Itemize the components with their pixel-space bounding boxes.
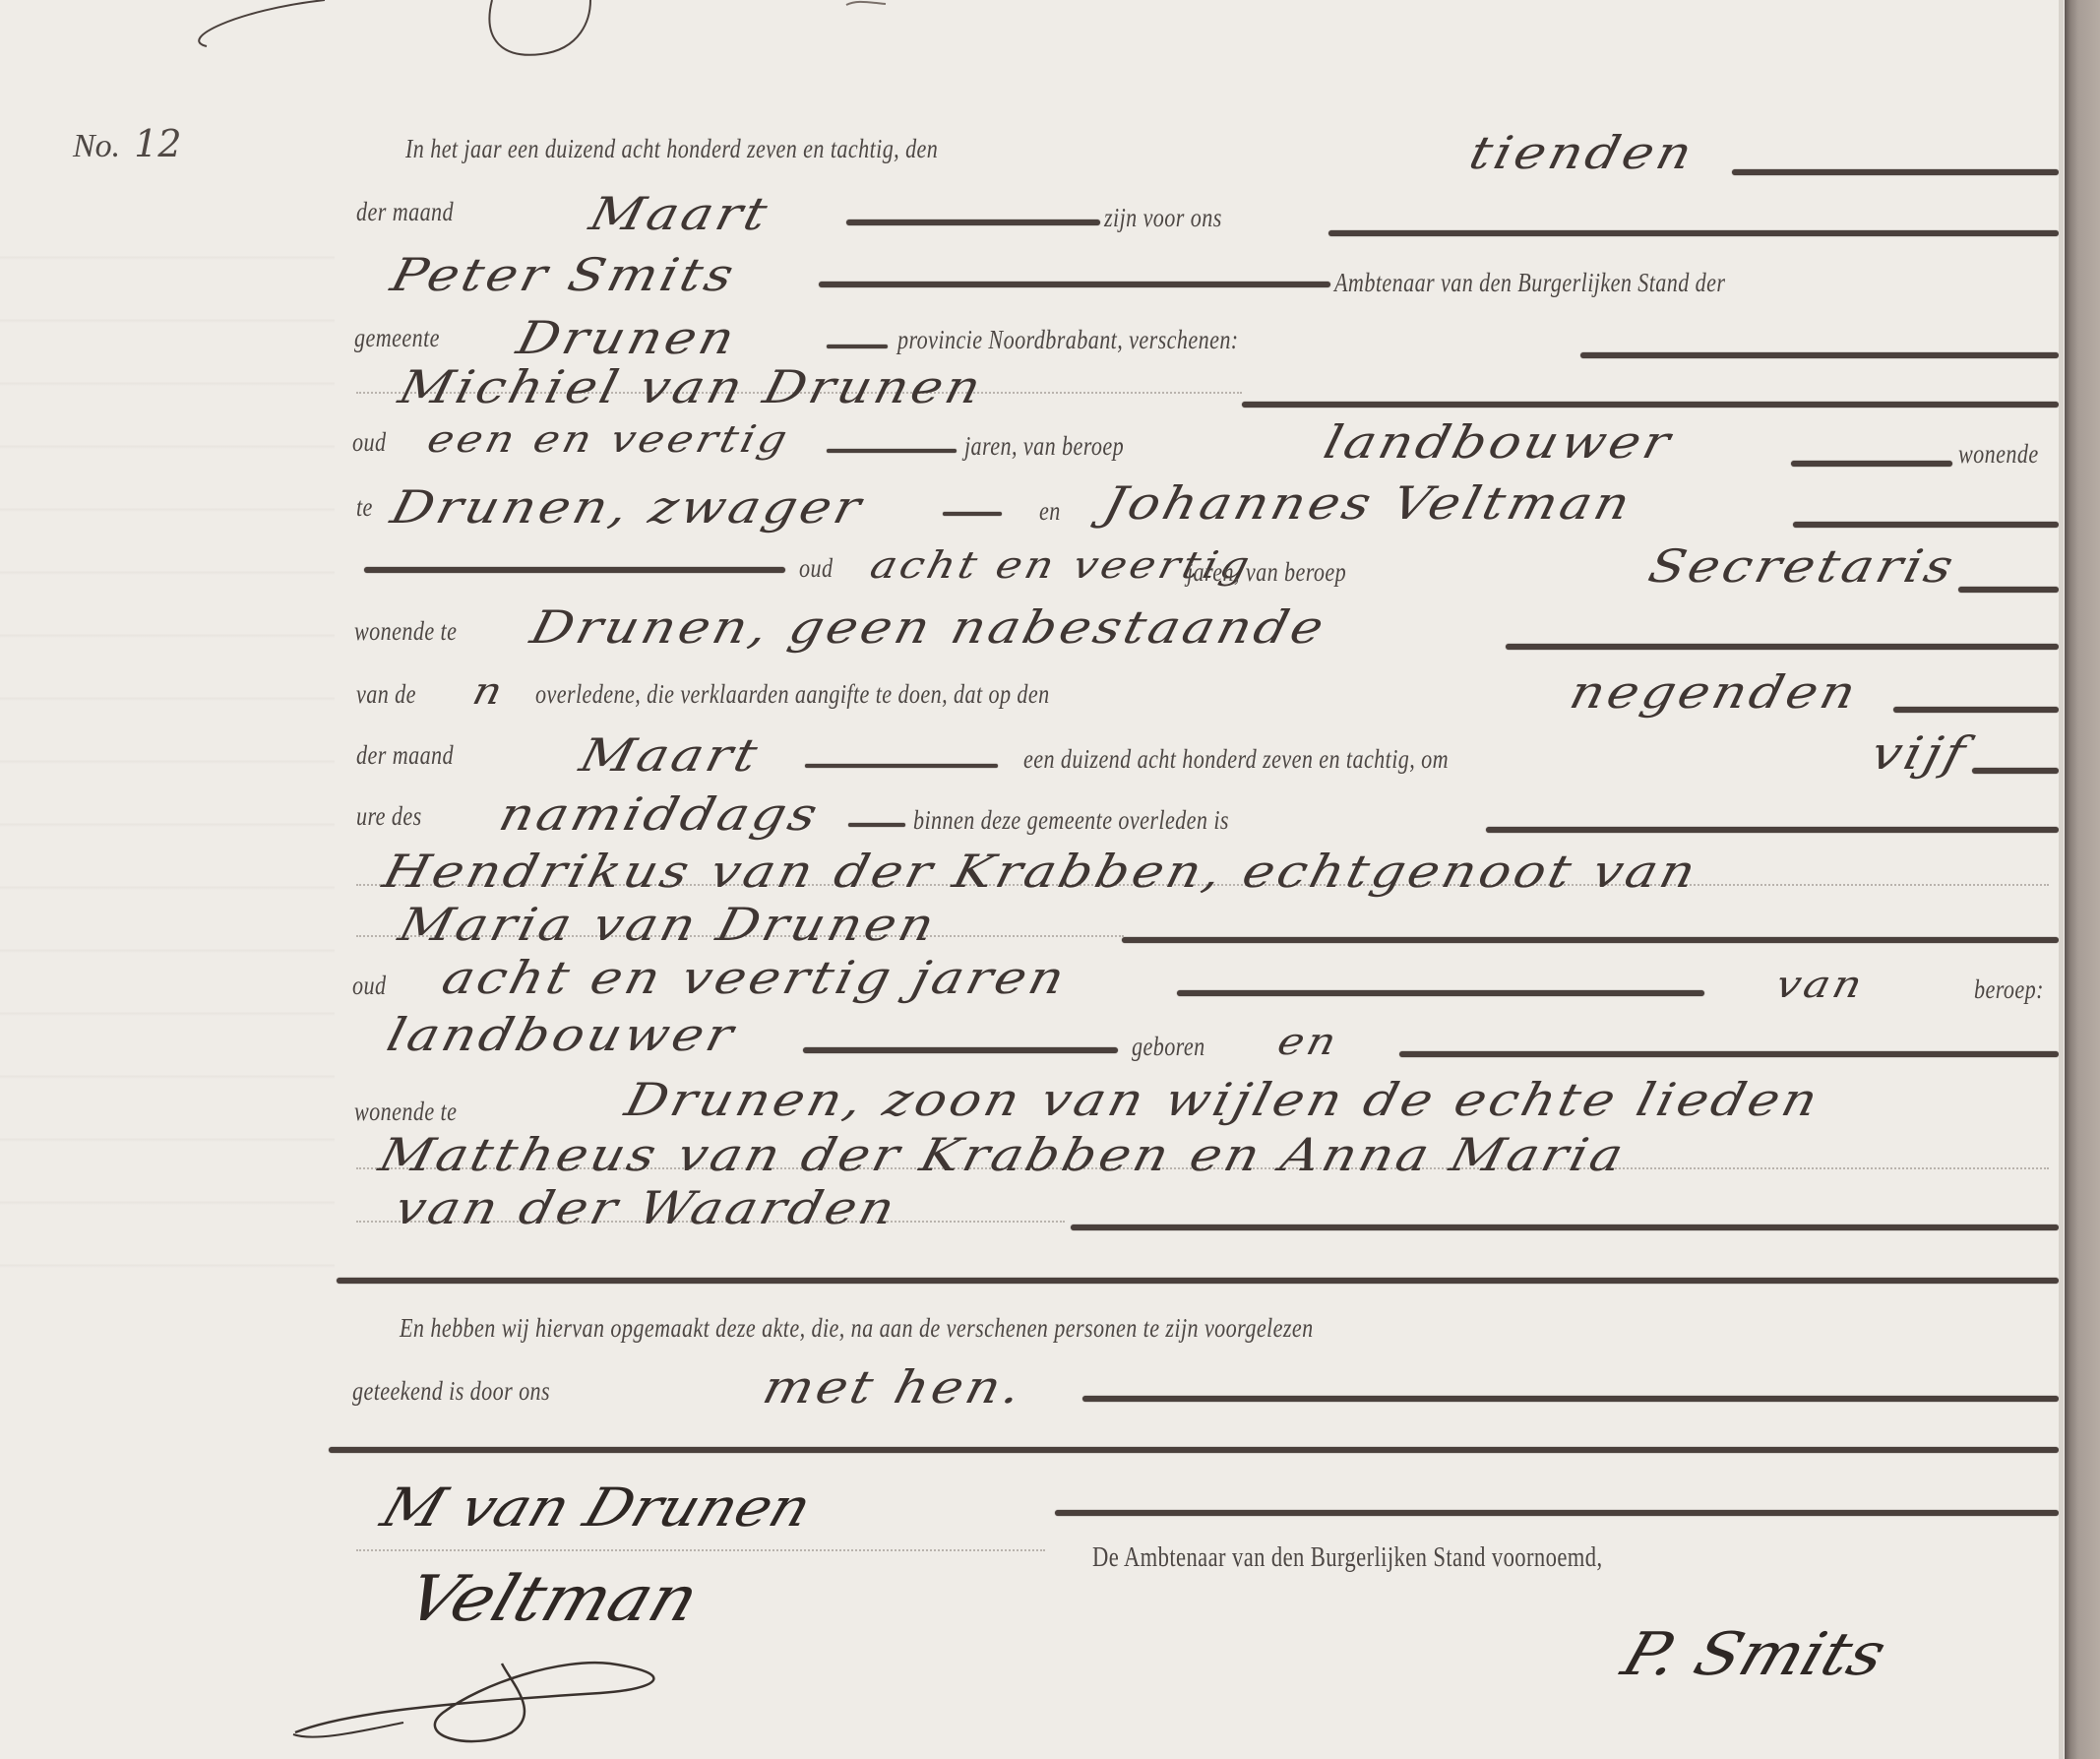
line-5-declarant-1-name: Michiel van Drunen [394, 360, 990, 413]
line-15-printed-a: oud [352, 971, 386, 1001]
line-2-rule-a [846, 220, 1100, 225]
line-12-printed-a: ure des [356, 801, 422, 832]
line-7-residence-relation: Drunen, zwager [386, 480, 870, 534]
line-9-rule [1506, 644, 2059, 650]
line-17-printed: wonende te [354, 1097, 457, 1127]
line-10-printed-a: van de [356, 679, 416, 710]
closing-text-line-2: geteekend is door ons [352, 1376, 550, 1407]
closing-text-line-1: En hebben wij hiervan opgemaakt deze akt… [400, 1313, 1314, 1344]
line-11-rule-a [805, 764, 998, 768]
line-6-printed-c: wonende [1958, 439, 2039, 470]
line-12-rule-a [848, 823, 905, 827]
line-19-mother-surname: van der Waarden [390, 1181, 903, 1234]
closing-rule-1 [1082, 1396, 2059, 1402]
previous-signature-flourish-fragment [177, 0, 1063, 69]
line-14-rule [1122, 937, 2059, 943]
line-10-rule [1893, 707, 2059, 713]
line-16-rule-a [803, 1047, 1118, 1053]
line-4-rule-b [1580, 352, 2059, 358]
line-15-deceased-age: acht en veertig jaren [437, 951, 1073, 1004]
line-8-printed-a: oud [799, 553, 833, 584]
line-6-rule-b [1791, 461, 1952, 467]
line-2-printed-b: zijn voor ons [1104, 203, 1222, 233]
line-11-death-hour: vijf [1866, 726, 1974, 780]
certificate-page: No.12 In het jaar een duizend acht honde… [0, 0, 2065, 1759]
line-11-rule-b [1972, 768, 2059, 774]
line-6-declarant-1-age: een en veertig [423, 417, 795, 461]
line-15-printed-b: beroep: [1974, 974, 2044, 1005]
line-6-printed-b: jaren, van beroep [964, 431, 1124, 462]
signature-rule-2 [1055, 1510, 2059, 1516]
line-2-month: Maart [585, 187, 775, 240]
line-12-printed-b: binnen deze gemeente overleden is [913, 805, 1229, 836]
line-6-printed-a: oud [352, 427, 386, 458]
line-8-declarant-2-occupation: Secretaris [1643, 539, 1962, 593]
line-7-declarant-2-name: Johannes Veltman [1098, 476, 1638, 530]
signature-rule-1 [329, 1447, 2059, 1453]
line-6-rule-a [827, 449, 957, 453]
record-number: No.12 [73, 122, 182, 165]
line-16-deceased-occupation: landbouwer [382, 1008, 742, 1061]
line-4-municipality: Drunen [512, 311, 743, 364]
record-number-label: No. [73, 128, 120, 164]
line-1-printed: In het jaar een duizend acht honderd zev… [405, 134, 938, 164]
line-4-printed-a: gemeente [354, 323, 440, 353]
line-15-van: van [1771, 963, 1870, 1006]
line-2-printed-a: der maand [356, 197, 454, 227]
line-14-spouse-name: Maria van Drunen [394, 898, 943, 951]
line-10-death-day: negenden [1565, 665, 1865, 719]
line-11-printed-a: der maand [356, 740, 454, 771]
line-8-rule-b [1958, 587, 2059, 593]
line-11-death-month: Maart [575, 728, 766, 782]
line-7-rule-a [943, 512, 1002, 516]
line-16-en: en [1273, 1020, 1344, 1063]
line-17-residence-parents: Drunen, zoon van wijlen de echte lieden [620, 1073, 1826, 1126]
line-10-gender-suffix: n [468, 669, 510, 713]
signature-1-dotted-guide [356, 1549, 1045, 1551]
line-1-rule [1732, 169, 2059, 175]
line-13-deceased-name: Hendrikus van der Krabben, echtgenoot va… [378, 845, 1704, 898]
line-8-printed-b: jaren, van beroep [1187, 557, 1346, 588]
line-7-printed-a: te [356, 492, 373, 523]
line-3-rule [819, 282, 1330, 287]
line-4-rule-a [827, 345, 888, 348]
line-9-printed: wonende te [354, 616, 457, 647]
line-12-time-of-day: namiddags [494, 787, 826, 841]
line-3-printed: Ambtenaar van den Burgerlijken Stand der [1334, 268, 1725, 298]
official-caption: De Ambtenaar van den Burgerlijken Stand … [1092, 1541, 1602, 1574]
line-16-rule-b [1399, 1051, 2059, 1057]
line-11-printed-b: een duizend acht honderd zeven en tachti… [1023, 744, 1449, 775]
signature-declarant-2: Veltman [398, 1563, 708, 1636]
page-binding-edge [2065, 0, 2100, 1759]
line-5-rule [1242, 402, 2059, 408]
line-6-declarant-1-occupation: landbouwer [1319, 415, 1679, 469]
page-edge-highlight [2059, 0, 2064, 1759]
line-9-residence-note: Drunen, geen nabestaande [525, 600, 1332, 654]
signature-declarant-1: M van Drunen [374, 1476, 819, 1539]
line-12-rule-b [1486, 827, 2059, 833]
line-4-printed-b: provincie Noordbrabant, verschenen: [897, 325, 1239, 355]
line-7-rule-b [1793, 522, 2059, 528]
line-1-day: tienden [1464, 126, 1700, 179]
signature-official: P. Smits [1614, 1620, 1894, 1689]
line-2-rule-b [1328, 230, 2059, 236]
closing-handwritten: met hen. [758, 1360, 1030, 1413]
line-16-printed: geboren [1132, 1032, 1205, 1062]
line-19-rule [1071, 1225, 2059, 1230]
bleed-through-texture [0, 197, 335, 1280]
blank-closing-rule [337, 1278, 2059, 1284]
line-7-printed-b: en [1039, 496, 1061, 527]
record-number-value: 12 [134, 122, 181, 165]
line-18-parents-names: Mattheus van der Krabben en Anna Maria [374, 1128, 1632, 1181]
line-3-official-name: Peter Smits [386, 248, 742, 301]
line-15-rule [1177, 990, 1704, 996]
line-8-rule-a [364, 567, 785, 573]
line-10-printed-b: overledene, die verklaarden aangifte te … [535, 679, 1050, 710]
